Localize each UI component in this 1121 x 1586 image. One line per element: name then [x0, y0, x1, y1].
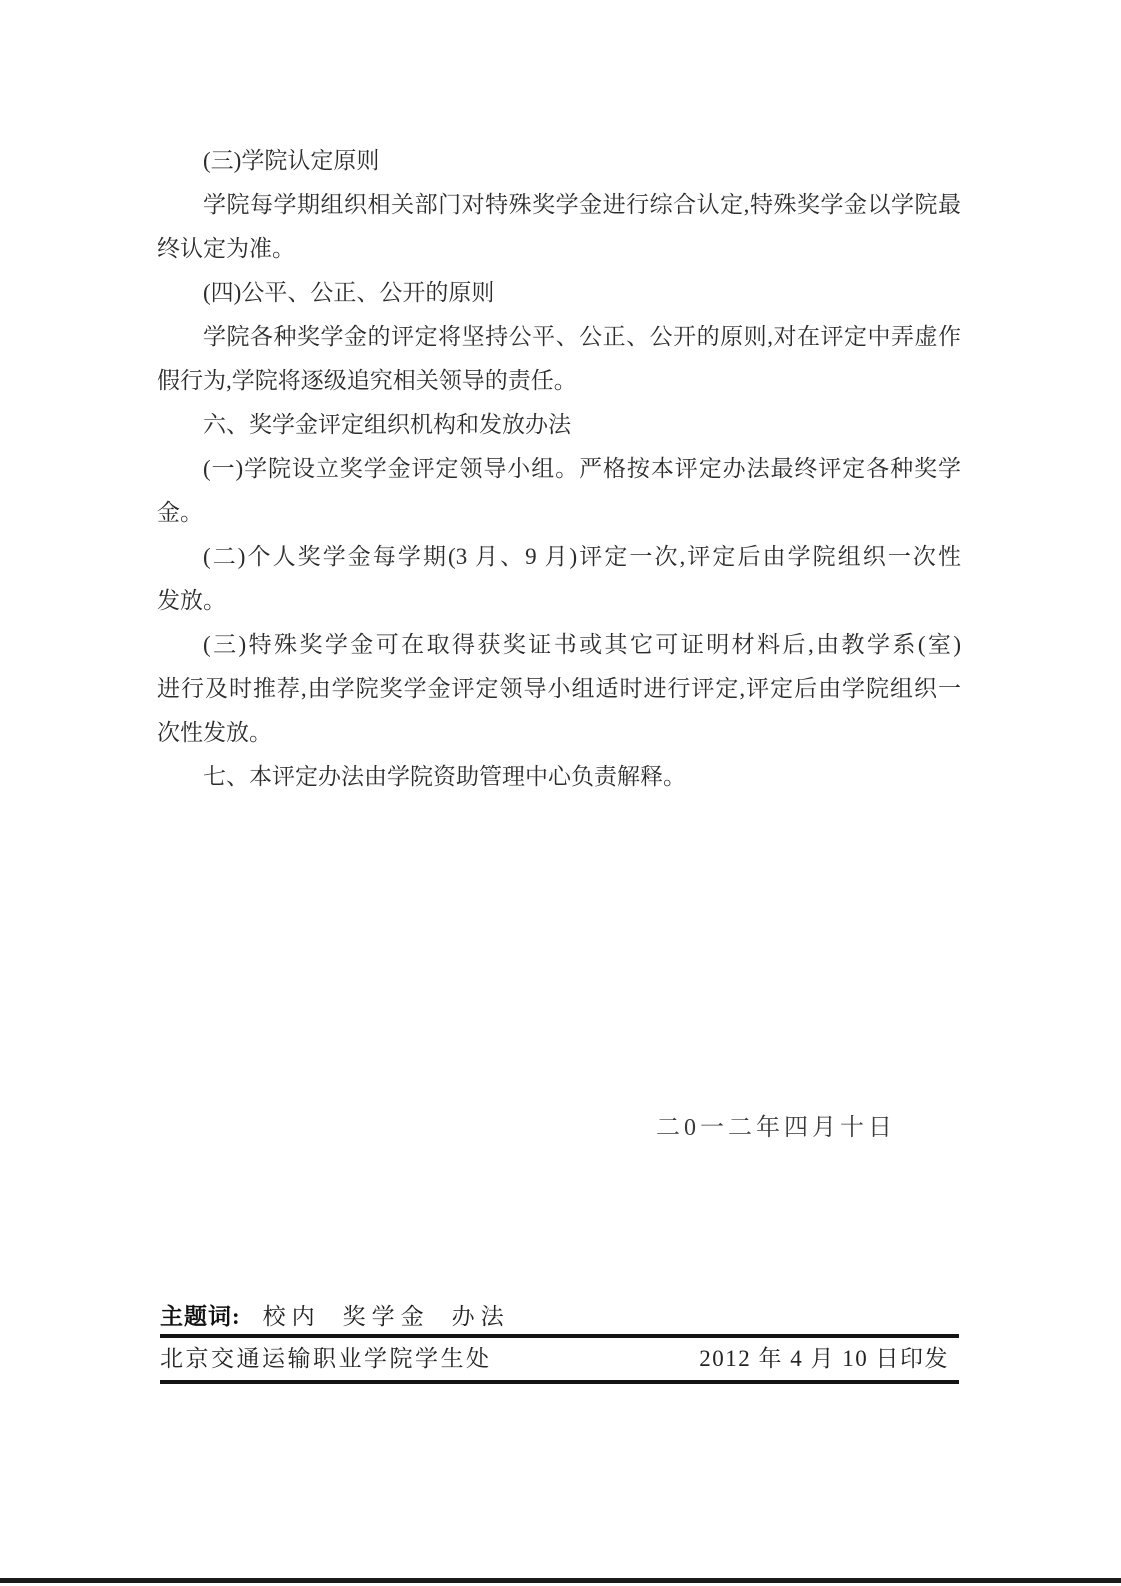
- paragraph-line: (一)学院设立奖学金评定领导小组。严格按本评定办法最终评定各种奖学: [157, 447, 961, 491]
- print-date: 2012 年 4 月 10 日印发: [699, 1347, 949, 1371]
- document-page: (三)学院认定原则学院每学期组织相关部门对特殊奖学金进行综合认定,特殊奖学金以学…: [0, 0, 1121, 1586]
- signature-date: 二0一二年四月十日: [656, 1106, 896, 1150]
- paragraph-line: 终认定为准。: [157, 227, 961, 271]
- paragraph: (三)学院认定原则: [157, 139, 961, 183]
- paragraph: 学院各种奖学金的评定将坚持公平、公正、公开的原则,对在评定中弄虚作假行为,学院将…: [157, 315, 961, 403]
- paragraph: 学院每学期组织相关部门对特殊奖学金进行综合认定,特殊奖学金以学院最终认定为准。: [157, 183, 961, 271]
- paragraph: 六、奖学金评定组织机构和发放办法: [157, 403, 961, 447]
- paragraph: (一)学院设立奖学金评定领导小组。严格按本评定办法最终评定各种奖学金。: [157, 447, 961, 535]
- subject-term: 校内: [263, 1304, 321, 1329]
- page-bottom-edge: [0, 1578, 1121, 1583]
- subject-label: 主题词:: [160, 1304, 241, 1329]
- paragraph-line: 金。: [157, 491, 961, 535]
- paragraph-line: 假行为,学院将逐级追究相关领导的责任。: [157, 359, 961, 403]
- issuer-name: 北京交通运输职业学院学生处: [160, 1347, 492, 1371]
- subject-keywords-row: 主题词:校内奖学金办法: [160, 1303, 959, 1338]
- document-body: (三)学院认定原则学院每学期组织相关部门对特殊奖学金进行综合认定,特殊奖学金以学…: [157, 139, 961, 799]
- paragraph: (四)公平、公正、公开的原则: [157, 271, 961, 315]
- issuer-row: 北京交通运输职业学院学生处 2012 年 4 月 10 日印发: [160, 1338, 959, 1384]
- paragraph-line: 进行及时推荐,由学院奖学金评定领导小组适时进行评定,评定后由学院组织一: [157, 667, 961, 711]
- paragraph-line: (二)个人奖学金每学期(3 月、9 月)评定一次,评定后由学院组织一次性: [157, 535, 961, 579]
- subject-term: 办法: [452, 1304, 510, 1329]
- paragraph-line: 次性发放。: [157, 711, 961, 755]
- paragraph-line: 发放。: [157, 579, 961, 623]
- subject-term: 奖学金: [343, 1304, 430, 1329]
- paragraph-line: 学院各种奖学金的评定将坚持公平、公正、公开的原则,对在评定中弄虚作: [157, 315, 961, 359]
- paragraph: 七、本评定办法由学院资助管理中心负责解释。: [157, 755, 961, 799]
- paragraph: (二)个人奖学金每学期(3 月、9 月)评定一次,评定后由学院组织一次性发放。: [157, 535, 961, 623]
- paragraph-line: (三)特殊奖学金可在取得获奖证书或其它可证明材料后,由教学系(室): [157, 623, 961, 667]
- paragraph-line: 六、奖学金评定组织机构和发放办法: [157, 403, 961, 447]
- paragraph-line: (三)学院认定原则: [157, 139, 961, 183]
- document-footer: 主题词:校内奖学金办法 北京交通运输职业学院学生处 2012 年 4 月 10 …: [160, 1303, 959, 1384]
- paragraph-line: 七、本评定办法由学院资助管理中心负责解释。: [157, 755, 961, 799]
- paragraph-line: 学院每学期组织相关部门对特殊奖学金进行综合认定,特殊奖学金以学院最: [157, 183, 961, 227]
- paragraph: (三)特殊奖学金可在取得获奖证书或其它可证明材料后,由教学系(室)进行及时推荐,…: [157, 623, 961, 755]
- paragraph-line: (四)公平、公正、公开的原则: [157, 271, 961, 315]
